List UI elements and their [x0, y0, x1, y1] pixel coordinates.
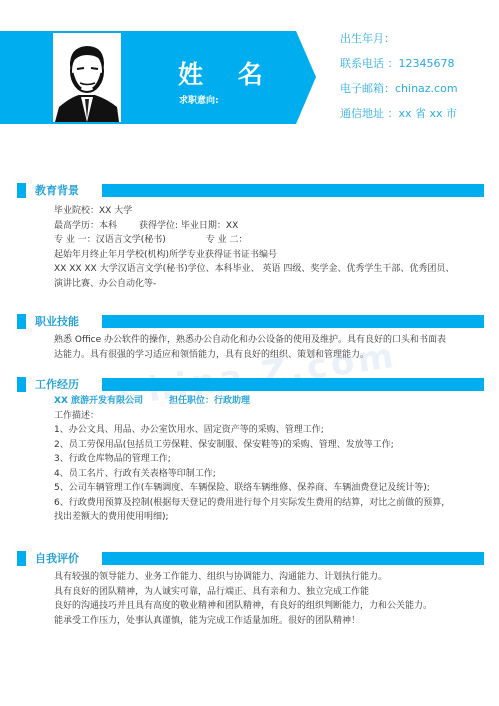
section-bar [102, 552, 484, 565]
portrait-photo [53, 33, 121, 122]
section-marker [17, 183, 26, 198]
address: 通信地址 ：xx 省 xx 市 [340, 107, 458, 132]
job-duty: 6、行政费用预算及控制(根据每天登记的费用进行每个月实际发生费用的结算，对比之前… [54, 496, 450, 511]
education-line: 演讲比赛、办公自动化等- [54, 277, 454, 292]
self-eval-line: 能承受工作压力，处事认真谨慎，能为完成工作适量加班。很好的团队精神！ [54, 614, 432, 629]
phone: 联系电话 ：12345678 [340, 57, 458, 82]
job-duty: 5、公司车辆管理工作(车辆调度、车辆保险、联络车辆维修、保养商、车辆油费登记及统… [54, 481, 450, 496]
section-title: 职业技能 [35, 314, 79, 329]
section-education-header: 教育背景 [17, 183, 480, 198]
candidate-name: 姓 名 [178, 55, 276, 91]
section-marker [17, 551, 26, 566]
self-eval-content: 具有较强的领导能力、业务工作能力、组织与协调能力、沟通能力、计划执行能力。 具有… [54, 570, 432, 628]
section-title: 工作经历 [35, 377, 79, 392]
contact-info: 出生年月： 联系电话 ：12345678 电子邮箱：chinaz.com 通信地… [340, 32, 458, 132]
section-bar [102, 315, 484, 328]
job-duty: 3、行政仓库物品的管理工作; [54, 452, 450, 467]
job-position: 担任职位：行政助理 [169, 396, 250, 406]
section-marker [17, 314, 26, 329]
job-duty: 4、员工名片、行政有关表格等印制工作; [54, 467, 450, 482]
self-eval-line: 具有较强的领导能力、业务工作能力、组织与协调能力、沟通能力、计划执行能力。 [54, 570, 432, 585]
self-eval-line: 具有良好的团队精神，为人诚实可靠，品行端正、具有亲和力、独立完成工作能 [54, 585, 432, 600]
self-eval-line: 良好的沟通技巧并且具有高度的敬业精神和团队精神，有良好的组织判断能力，力和公关能… [54, 599, 432, 614]
section-title: 教育背景 [35, 183, 79, 198]
section-title: 自我评价 [35, 551, 79, 566]
education-line: 最高学历：本科获得学位: 毕业日期：XX [54, 219, 454, 234]
job-header: XX 旅游开发有限公司担任职位：行政助理 [54, 394, 450, 409]
job-duty: 1、办公文具、用品、办公室饮用水、固定资产等的采购、管理工作; [54, 423, 450, 438]
birth-date: 出生年月： [340, 32, 458, 57]
section-self-eval-header: 自我评价 [17, 551, 480, 566]
email: 电子邮箱：chinaz.com [340, 82, 458, 107]
section-experience-header: 工作经历 [17, 377, 480, 392]
section-marker [17, 377, 26, 392]
education-line: 专 业 一：汉语言文学(秘书)专 业 二： [54, 233, 454, 248]
education-content: 毕业院校：XX 大学 最高学历：本科获得学位: 毕业日期：XX 专 业 一：汉语… [54, 204, 454, 291]
job-duty: 2、员工劳保用品(包括员工劳保鞋、保安制服、保安鞋等)的采购、管理、发放等工作; [54, 438, 450, 453]
section-bar [102, 184, 484, 197]
experience-content: XX 旅游开发有限公司担任职位：行政助理 工作描述： 1、办公文具、用品、办公室… [54, 394, 450, 525]
education-line: 起始年月终止年月学校(机构)所学专业获得证书证书编号 [54, 248, 454, 263]
company-name: XX 旅游开发有限公司 [54, 396, 143, 406]
job-objective-label: 求职意向: [179, 93, 219, 106]
section-bar [102, 378, 484, 391]
section-skills-header: 职业技能 [17, 314, 480, 329]
education-line: XX XX XX 大学汉语言文学(秘书)学位、本科毕业、 英语 四级、奖学金、优… [54, 262, 454, 277]
job-duty: 找出差额大的费用使用明细); [54, 510, 450, 525]
education-line: 毕业院校：XX 大学 [54, 204, 454, 219]
job-desc-label: 工作描述： [54, 409, 450, 424]
